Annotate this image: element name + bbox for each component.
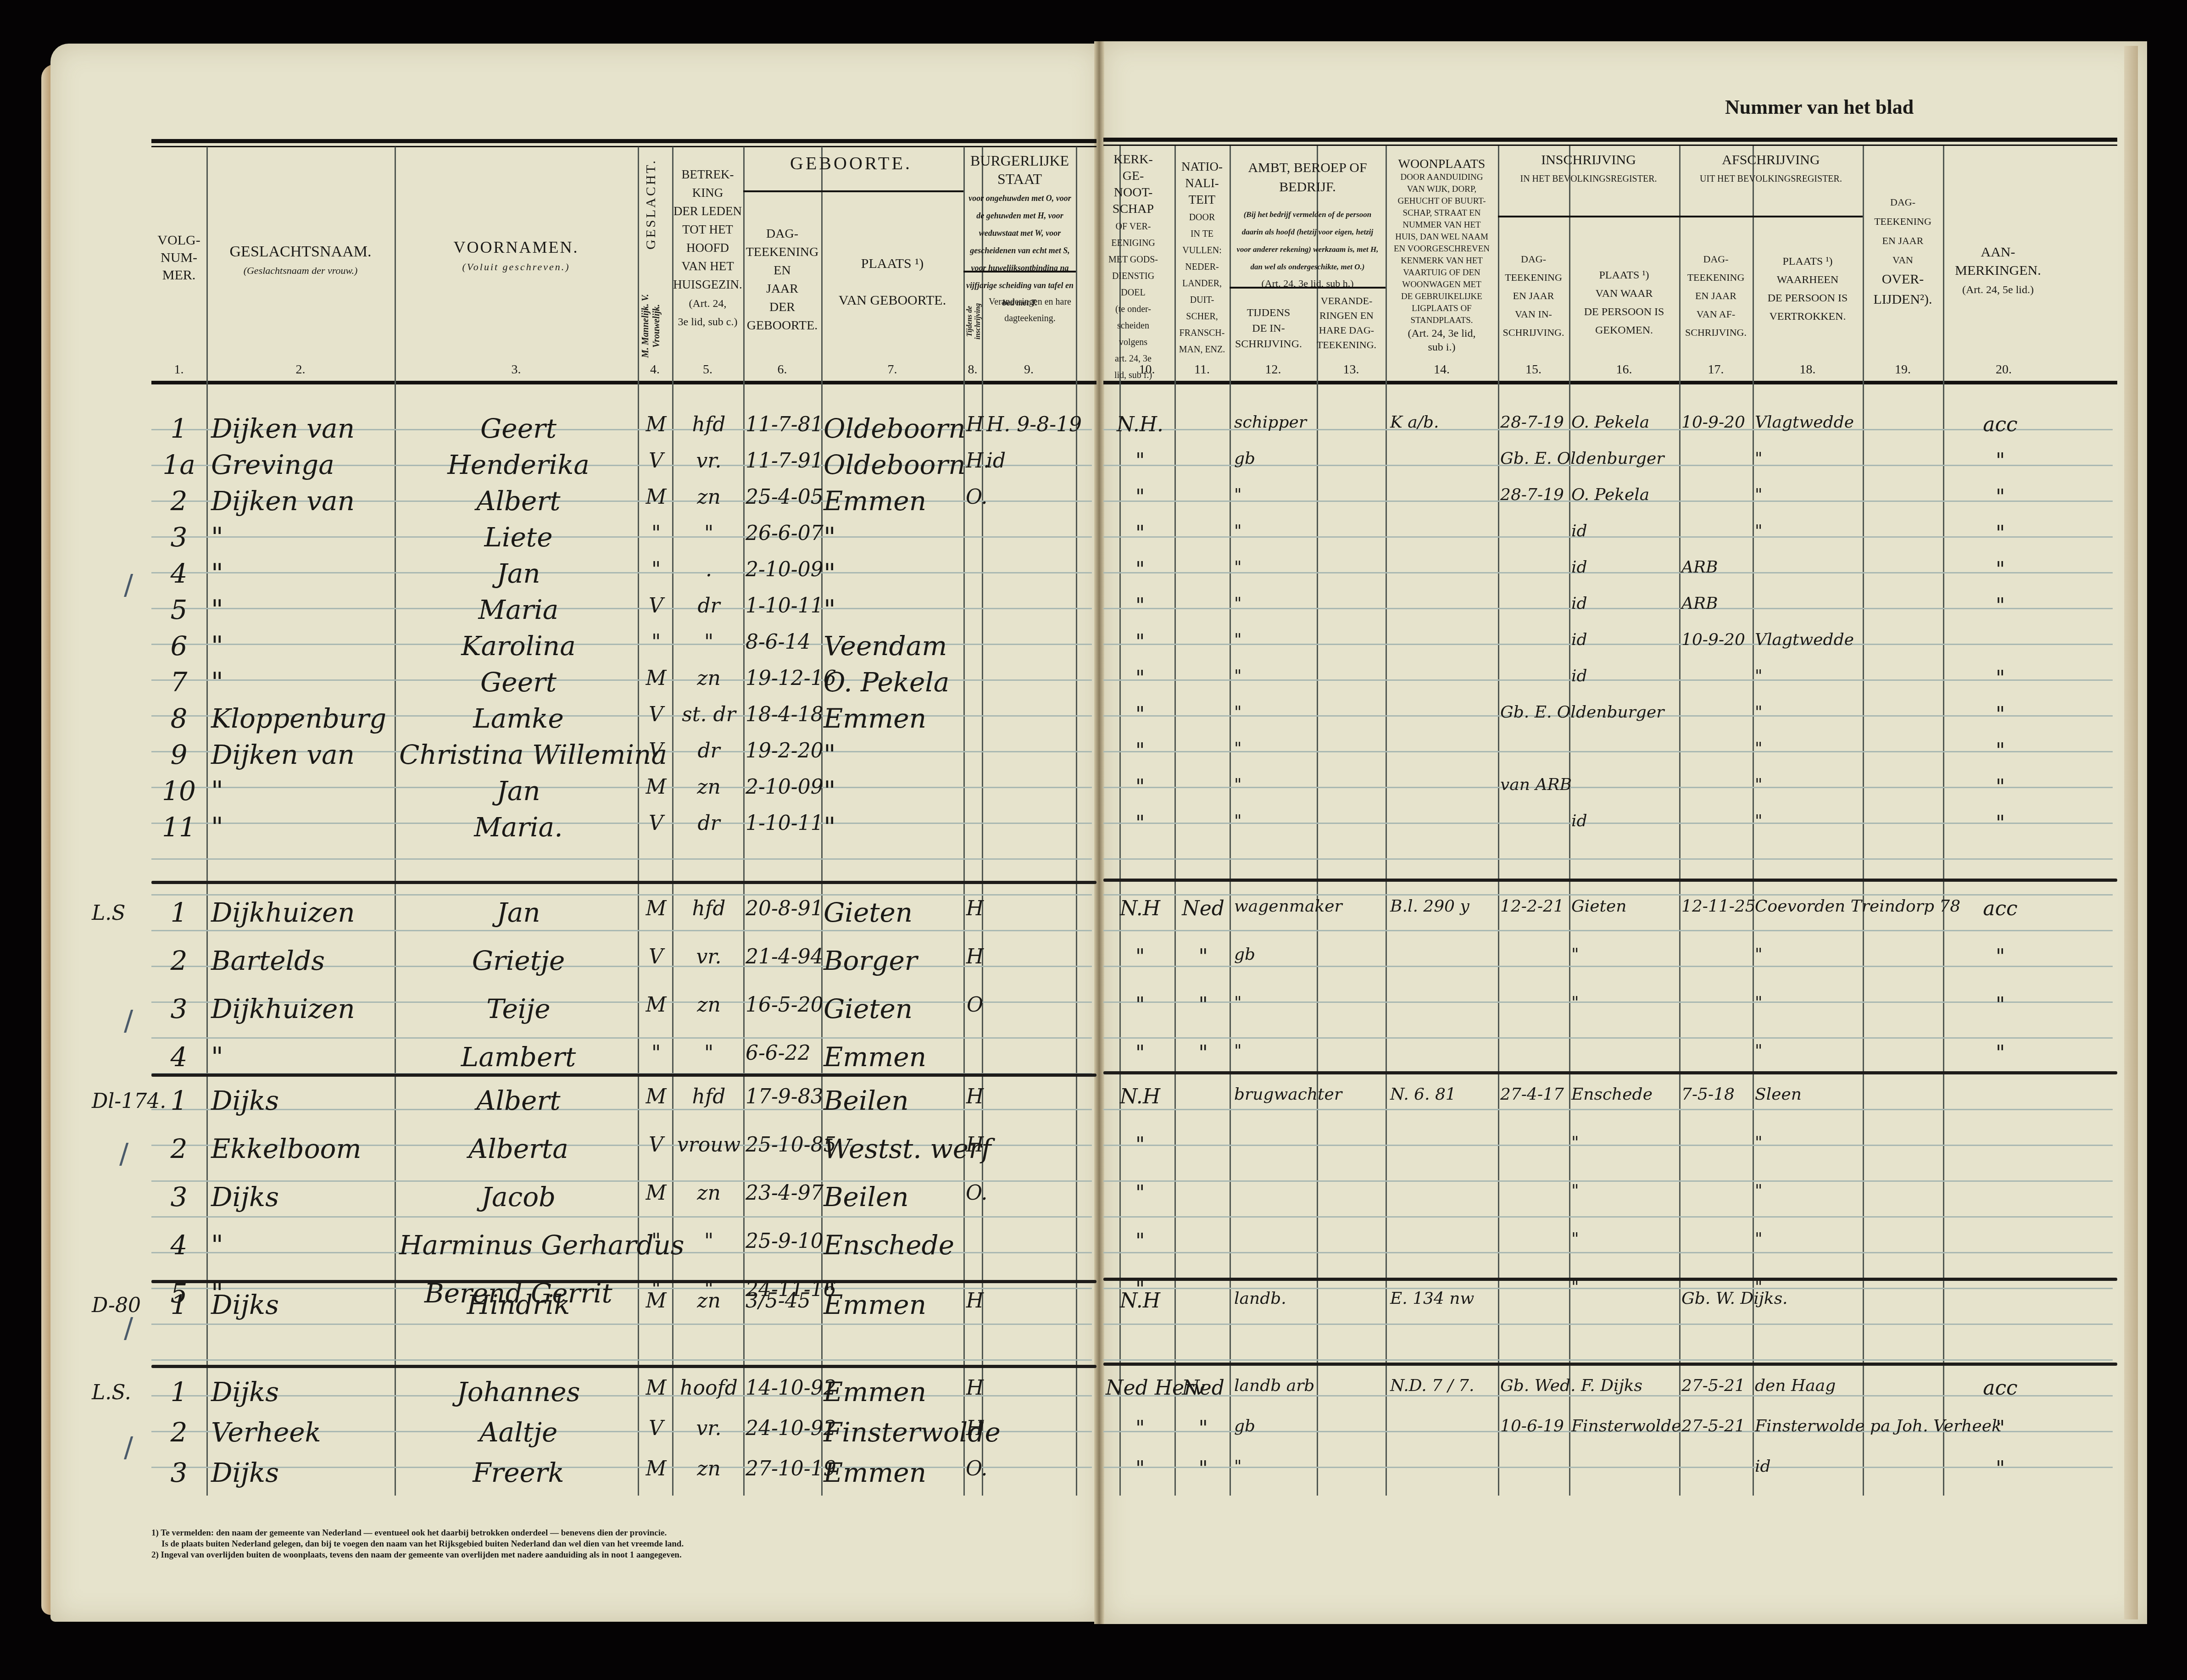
- cell-c15: Gb. E. Oldenburger: [1500, 703, 1679, 722]
- col-5-header: BETREK-KINGDER LEDENTOT HETHOOFDVAN HETH…: [672, 165, 743, 330]
- cell-c14: N. 6. 81: [1390, 1085, 1498, 1104]
- cell-place: O. Pekela: [824, 667, 963, 698]
- cell-c14: N.D. 7 / 7.: [1390, 1376, 1498, 1395]
- check-mark: /: [124, 1005, 133, 1037]
- cell-born: 1-10-11: [746, 812, 824, 835]
- cell-surname: Ekkelboom: [211, 1133, 395, 1164]
- cell-c17: ARB: [1681, 558, 1860, 577]
- col-9-header: Veranderingen en hare dagteekening.: [984, 294, 1076, 327]
- cell-rel: ": [674, 1041, 743, 1065]
- check-mark: /: [124, 1431, 133, 1463]
- cell-rel: zn: [674, 1457, 743, 1480]
- footnotes: 1) Te vermelden: den naam der gemeente v…: [151, 1528, 817, 1561]
- cell-c15: Gb. Wed. F. Dijks: [1500, 1376, 1679, 1395]
- cell-nr: 8: [151, 703, 206, 734]
- cell-c12: ": [1234, 993, 1317, 1012]
- col-14-header: WOONPLAATSDOOR AANDUIDINGVAN WIJK, DORP,…: [1386, 158, 1498, 354]
- column-number: 2.: [206, 362, 395, 377]
- cell-c12: ": [1234, 775, 1317, 794]
- col-4-header: Geslacht.: [642, 151, 670, 257]
- cell-born: 24-10-92: [746, 1417, 824, 1440]
- check-mark: /: [119, 1138, 128, 1170]
- column-number: 18.: [1753, 362, 1863, 377]
- col-8-header: Tijdens de inschrijving: [966, 289, 984, 353]
- inschrijving-group-header: Inschrijvingin het bevolkingsregister.: [1498, 151, 1679, 188]
- cell-c18: ": [1755, 812, 1863, 830]
- cell-born: 23-4-97: [746, 1181, 824, 1205]
- cell-born: 26-6-07: [746, 522, 824, 545]
- cell-c16: Gieten: [1571, 897, 1679, 916]
- cell-nr: 4: [151, 1041, 206, 1073]
- cell-c14: K a/b.: [1390, 413, 1498, 432]
- footnote-2: 2) Ingeval van overlijden buiten de woon…: [151, 1550, 817, 1561]
- column-divider: [1679, 146, 1681, 1496]
- cell-c16: id: [1571, 522, 1679, 540]
- cell-born: 14-10-92: [746, 1376, 824, 1400]
- cell-born: 11-7-81: [746, 413, 824, 436]
- cell-c9: H. 9-8-19: [986, 413, 1076, 436]
- cell-place: Emmen: [824, 1376, 963, 1407]
- burgerlijke-staat-header: Burgerlijke staat: [963, 151, 1076, 188]
- col-7-header: PLAATS ¹)VAN GEBOORTE.: [821, 255, 963, 310]
- cell-given: Alberta: [399, 1133, 638, 1164]
- cell-nr: 7: [151, 667, 206, 698]
- cell-c20: acc: [1973, 1376, 2028, 1400]
- column-number: 3.: [395, 362, 638, 377]
- cell-born: 17-9-83: [746, 1085, 824, 1108]
- cell-nr: 1: [151, 897, 206, 928]
- cell-c10: ": [1106, 522, 1174, 545]
- cell-rel: dr: [674, 594, 743, 617]
- cell-place: Borger: [824, 945, 963, 976]
- column-number: 11.: [1174, 362, 1230, 377]
- cell-born: 19-12-16: [746, 667, 824, 690]
- cell-place: ": [824, 739, 963, 770]
- column-divider: [1498, 146, 1499, 1496]
- cell-sex: M: [640, 993, 672, 1017]
- cell-surname: Dijks: [211, 1085, 395, 1116]
- cell-rel: vr.: [674, 1417, 743, 1440]
- cell-c8: H: [966, 1133, 984, 1157]
- cell-place: Oldeboorn: [824, 449, 963, 480]
- cell-surname: Dijken van: [211, 413, 395, 444]
- ruled-line: [151, 930, 1092, 931]
- ruled-line: [151, 1359, 1092, 1361]
- cell-c18: ": [1755, 1041, 1863, 1060]
- cell-c20: ": [1973, 739, 2028, 762]
- cell-c16: Enschede: [1571, 1085, 1679, 1104]
- cell-c20: ": [1973, 1041, 2028, 1065]
- cell-born: 3/5-45: [746, 1289, 824, 1313]
- cell-place: ": [824, 775, 963, 807]
- cell-given: Johannes: [399, 1376, 638, 1407]
- cell-nr: 2: [151, 945, 206, 976]
- cell-given: Jan: [399, 897, 638, 928]
- col-10-header: KERK-GE-NOOT-SCHAPOF VER-EENIGINGMET GOD…: [1106, 151, 1161, 383]
- cell-c20: ": [1973, 522, 2028, 545]
- cell-c18: den Haag: [1755, 1376, 1863, 1395]
- cell-given: Albert: [399, 485, 638, 517]
- cell-c10: ": [1106, 1229, 1174, 1253]
- column-divider: [1943, 146, 1944, 1496]
- cell-c20: ": [1973, 775, 2028, 799]
- cell-place: Beilen: [824, 1181, 963, 1213]
- col-15-header: DAG-TEEKENINGEN JAARVAN IN-SCHRIJVING.: [1498, 250, 1569, 342]
- cell-nr: 4: [151, 558, 206, 589]
- col-6-header: DAG-TEEKENINGENJAARDERGEBOORTE.: [743, 225, 821, 335]
- cell-place: Veendam: [824, 630, 963, 662]
- column-number: 15.: [1498, 362, 1569, 377]
- cell-given: Lambert: [399, 1041, 638, 1073]
- cell-c18: ": [1755, 1181, 1863, 1200]
- cell-given: Christina Willemina: [399, 739, 638, 770]
- cell-rel: dr: [674, 812, 743, 835]
- cell-c18: ": [1755, 449, 1863, 468]
- column-divider: [1569, 146, 1570, 1496]
- cell-sex: M: [640, 1085, 672, 1108]
- cell-c11: ": [1177, 945, 1230, 968]
- cell-given: Albert: [399, 1085, 638, 1116]
- column-number: 14.: [1386, 362, 1498, 377]
- cell-surname: ": [211, 1229, 395, 1261]
- cell-c10: N.H: [1106, 1085, 1174, 1108]
- ruled-line: [151, 1324, 1092, 1325]
- cell-c12: ": [1234, 630, 1317, 649]
- cell-c8: H: [966, 945, 984, 968]
- cell-c20: ": [1973, 594, 2028, 617]
- cell-c20: ": [1973, 703, 2028, 726]
- cell-surname: Bartelds: [211, 945, 395, 976]
- cell-c17: Gb. W. Dijks.: [1681, 1289, 1860, 1308]
- cell-rel: dr: [674, 739, 743, 762]
- cell-rel: hfd: [674, 413, 743, 436]
- cell-sex: M: [640, 485, 672, 509]
- cell-c10: ": [1106, 449, 1174, 473]
- cell-c12: schipper: [1234, 413, 1317, 432]
- cell-c10: N.H: [1106, 1289, 1174, 1313]
- cell-c16: ": [1571, 1229, 1679, 1248]
- cell-c16: ": [1571, 1133, 1679, 1152]
- cell-nr: 3: [151, 1181, 206, 1213]
- cell-given: Teije: [399, 993, 638, 1024]
- cell-c10: ": [1106, 1417, 1174, 1440]
- cell-c20: ": [1973, 1457, 2028, 1480]
- cell-c14: B.l. 290 y: [1390, 897, 1498, 916]
- cell-c10: ": [1106, 1457, 1174, 1480]
- cell-sex: ": [640, 1229, 672, 1253]
- cell-c18: ": [1755, 993, 1863, 1012]
- cell-c8: H: [966, 413, 984, 436]
- cell-surname: ": [211, 630, 395, 662]
- cell-place: Oldeboorn: [824, 413, 963, 444]
- cell-surname: ": [211, 594, 395, 625]
- cell-c20: ": [1973, 945, 2028, 968]
- col-18-header: PLAATS ¹)WAARHEENDE PERSOON ISVERTROKKEN…: [1753, 252, 1863, 326]
- cell-rel: hfd: [674, 897, 743, 920]
- col-2-header: Geslachtsnaam.(Geslachtsnaam der vrouw.): [206, 243, 395, 278]
- cell-sex: V: [640, 1417, 672, 1440]
- cell-c20: ": [1973, 667, 2028, 690]
- cell-sex: M: [640, 1457, 672, 1480]
- ruled-line: [1103, 1037, 2113, 1039]
- cell-born: 2-10-09: [746, 775, 824, 799]
- cell-surname: Grevinga: [211, 449, 395, 480]
- column-number: 20.: [1943, 362, 2065, 377]
- cell-c11: ": [1177, 993, 1230, 1017]
- cell-sex: V: [640, 1133, 672, 1157]
- cell-rel: vrouw: [674, 1133, 743, 1157]
- cell-sex: V: [640, 449, 672, 473]
- cell-c12: ": [1234, 485, 1317, 504]
- cell-sex: M: [640, 1376, 672, 1400]
- cell-place: Westst. werf: [824, 1133, 963, 1164]
- cell-surname: Kloppenburg: [211, 703, 395, 734]
- cell-c16: ": [1571, 993, 1679, 1012]
- check-mark: /: [124, 1312, 133, 1344]
- cell-c8: H: [966, 1376, 984, 1400]
- cell-sex: V: [640, 812, 672, 835]
- cell-place: Emmen: [824, 1289, 963, 1320]
- cell-born: 20-8-91: [746, 897, 824, 920]
- cell-c12: wagenmaker: [1234, 897, 1317, 916]
- cell-c18: ": [1755, 945, 1863, 964]
- cell-c10: N.H.: [1106, 413, 1174, 436]
- cell-c12: ": [1234, 522, 1317, 540]
- household-margin-label: D-80: [92, 1294, 141, 1317]
- cell-rel: zn: [674, 993, 743, 1017]
- cell-c18: ": [1755, 739, 1863, 758]
- cell-c12: landb.: [1234, 1289, 1317, 1308]
- cell-surname: ": [211, 775, 395, 807]
- cell-surname: Dijken van: [211, 739, 395, 770]
- cell-born: 2-10-09: [746, 558, 824, 581]
- cell-c12: ": [1234, 703, 1317, 722]
- book-edge-right: [2124, 46, 2138, 1619]
- cell-given: Liete: [399, 522, 638, 553]
- header-group-rule: [1498, 216, 1679, 217]
- cell-nr: 4: [151, 1229, 206, 1261]
- cell-given: Jan: [399, 775, 638, 807]
- cell-c16: ": [1571, 945, 1679, 964]
- cell-c10: ": [1106, 703, 1174, 726]
- cell-surname: ": [211, 1041, 395, 1073]
- cell-nr: 2: [151, 1417, 206, 1448]
- cell-rel: zn: [674, 1289, 743, 1313]
- cell-nr: 9: [151, 739, 206, 770]
- cell-c8: O.: [966, 1181, 984, 1205]
- cell-c8: O.: [966, 485, 984, 509]
- footnote-1: 1) Te vermelden: den naam der gemeente v…: [151, 1528, 817, 1539]
- cell-c18: ": [1755, 703, 1863, 722]
- cell-sex: V: [640, 739, 672, 762]
- cell-given: Hindrik: [399, 1289, 638, 1320]
- cell-nr: 2: [151, 1133, 206, 1164]
- cell-c12: ": [1234, 594, 1317, 613]
- cell-c18: ": [1755, 485, 1863, 504]
- cell-place: Beilen: [824, 1085, 963, 1116]
- ruled-line: [151, 858, 1092, 860]
- cell-given: Freerk: [399, 1457, 638, 1488]
- cell-born: 1-10-11: [746, 594, 824, 617]
- cell-born: 25-9-10: [746, 1229, 824, 1253]
- ruled-line: [1103, 1216, 2113, 1218]
- cell-place: Emmen: [824, 703, 963, 734]
- cell-c10: Ned Herv: [1106, 1376, 1174, 1400]
- cell-place: Finsterwolde: [824, 1417, 963, 1448]
- cell-sex: V: [640, 594, 672, 617]
- cell-c16: ": [1571, 1181, 1679, 1200]
- cell-place: Emmen: [824, 1041, 963, 1073]
- household-margin-label: L.S.: [92, 1381, 131, 1404]
- column-divider: [1076, 147, 1077, 1496]
- cell-c20: ": [1973, 812, 2028, 835]
- cell-c8: H.: [966, 449, 984, 473]
- cell-nr: 1: [151, 1289, 206, 1320]
- cell-given: Jacob: [399, 1181, 638, 1213]
- cell-nr: 3: [151, 522, 206, 553]
- cell-sex: M: [640, 1181, 672, 1205]
- cell-c12: landb arb: [1234, 1376, 1317, 1395]
- cell-rel: .: [674, 558, 743, 581]
- cell-c15: Gb. E. Oldenburger: [1500, 449, 1679, 468]
- column-divider: [638, 147, 639, 1496]
- cell-c20: ": [1973, 449, 2028, 473]
- cell-rel: vr.: [674, 945, 743, 968]
- cell-c10: ": [1106, 630, 1174, 654]
- cell-born: 18-4-18: [746, 703, 824, 726]
- header-bottom-rule-left: [151, 381, 1096, 384]
- column-number: 8.: [963, 362, 982, 377]
- col-19-header: DAG-TEEKENINGEN JAARVANOVER-LIJDEN²).: [1863, 193, 1943, 310]
- cell-given: Lamke: [399, 703, 638, 734]
- cell-rel: zn: [674, 1181, 743, 1205]
- cell-surname: Dijks: [211, 1181, 395, 1213]
- column-divider: [672, 147, 673, 1496]
- column-divider: [395, 147, 396, 1496]
- ruled-line: [1103, 930, 2113, 931]
- header-group-rule: [1679, 216, 1863, 217]
- cell-c10: ": [1106, 1041, 1174, 1065]
- cell-given: Maria.: [399, 812, 638, 843]
- column-number: 1.: [151, 362, 206, 377]
- cell-sex: M: [640, 667, 672, 690]
- cell-c12: ": [1234, 739, 1317, 758]
- cell-surname: Dijks: [211, 1376, 395, 1407]
- ruled-line: [1103, 858, 2113, 860]
- cell-born: 8-6-14: [746, 630, 824, 654]
- cell-rel: vr.: [674, 449, 743, 473]
- cell-c12: gb: [1234, 1417, 1317, 1435]
- cell-c11: Ned: [1177, 897, 1230, 920]
- cell-c14: E. 134 nw: [1390, 1289, 1498, 1308]
- column-divider: [1863, 146, 1864, 1496]
- cell-c10: ": [1106, 993, 1174, 1017]
- cell-rel: zn: [674, 775, 743, 799]
- cell-place: Gieten: [824, 897, 963, 928]
- cell-c16: O. Pekela: [1571, 413, 1679, 432]
- cell-c20: ": [1973, 1417, 2028, 1440]
- cell-c8: H: [966, 1417, 984, 1440]
- cell-c10: ": [1106, 945, 1174, 968]
- ruled-line: [151, 894, 1092, 896]
- cell-c16: ": [1571, 1278, 1679, 1296]
- cell-place: ": [824, 558, 963, 589]
- cell-sex: V: [640, 945, 672, 968]
- cell-c18: Coevorden Treindorp 78: [1755, 897, 1863, 916]
- cell-c12: ": [1234, 812, 1317, 830]
- cell-c18: ": [1755, 1229, 1863, 1248]
- cell-c11: ": [1177, 1457, 1230, 1480]
- col-16-header: PLAATS ¹)VAN WAARDE PERSOON ISGEKOMEN.: [1569, 266, 1679, 339]
- cell-c12: gb: [1234, 449, 1317, 468]
- ruled-line: [1103, 1324, 2113, 1325]
- cell-c10: ": [1106, 594, 1174, 617]
- cell-c18: Finsterwolde pa Joh. Verheek: [1755, 1417, 1863, 1435]
- column-number: 12.: [1230, 362, 1317, 377]
- sheet-number-label: Nummer van het blad: [1725, 95, 1914, 119]
- column-number: 9.: [982, 362, 1076, 377]
- cell-rel: st. dr: [674, 703, 743, 726]
- cell-c11: Ned: [1177, 1376, 1230, 1400]
- cell-c20: ": [1973, 558, 2028, 581]
- cell-nr: 5: [151, 594, 206, 625]
- cell-c12: ": [1234, 1457, 1317, 1476]
- cell-c18: id: [1755, 1457, 1863, 1476]
- cell-given: Henderika: [399, 449, 638, 480]
- cell-nr: 1a: [151, 449, 206, 480]
- ruled-line: [151, 1216, 1092, 1218]
- column-number: 5.: [672, 362, 743, 377]
- cell-surname: Verheek: [211, 1417, 395, 1448]
- column-number: 17.: [1679, 362, 1753, 377]
- geboorte-group-header: Geboorte.: [743, 151, 959, 175]
- cell-c8: O: [966, 993, 984, 1017]
- cell-c11: ": [1177, 1417, 1230, 1440]
- column-number: 16.: [1569, 362, 1679, 377]
- cell-born: 11-7-91: [746, 449, 824, 473]
- cell-nr: 6: [151, 630, 206, 662]
- cell-c16: Finsterwolde: [1571, 1417, 1679, 1435]
- household-margin-label: L.S: [92, 901, 125, 925]
- cell-rel: ": [674, 1229, 743, 1253]
- household-separator: [151, 1074, 1096, 1077]
- cell-c18: Sleen: [1755, 1085, 1863, 1104]
- col-11-header: NATIO-NALI-TEITDOORIN TEVULLEN:NEDER-LAN…: [1174, 158, 1230, 356]
- cell-place: Gieten: [824, 993, 963, 1024]
- cell-c16: id: [1571, 594, 1679, 613]
- cell-c16: id: [1571, 812, 1679, 830]
- cell-c10: ": [1106, 1181, 1174, 1205]
- cell-c16: id: [1571, 630, 1679, 649]
- cell-c10: N.H: [1106, 897, 1174, 920]
- cell-given: Geert: [399, 667, 638, 698]
- cell-c18: ": [1755, 1133, 1863, 1152]
- cell-sex: ": [640, 522, 672, 545]
- cell-given: Grietje: [399, 945, 638, 976]
- cell-c16: id: [1571, 558, 1679, 577]
- cell-surname: ": [211, 522, 395, 553]
- col-17-header: DAG-TEEKENINGEN JAARVAN AF-SCHRIJVING.: [1679, 250, 1753, 342]
- column-number: 7.: [821, 362, 963, 377]
- cell-c18: Vlagtwedde: [1755, 413, 1863, 432]
- cell-place: Enschede: [824, 1229, 963, 1261]
- cell-c20: acc: [1973, 897, 2028, 920]
- header-top-rule-right-thin: [1103, 145, 2117, 146]
- cell-nr: 1: [151, 413, 206, 444]
- column-number: 19.: [1863, 362, 1943, 377]
- footnote-1b: Is de plaats buiten Nederland gelegen, d…: [151, 1539, 817, 1550]
- cell-sex: M: [640, 897, 672, 920]
